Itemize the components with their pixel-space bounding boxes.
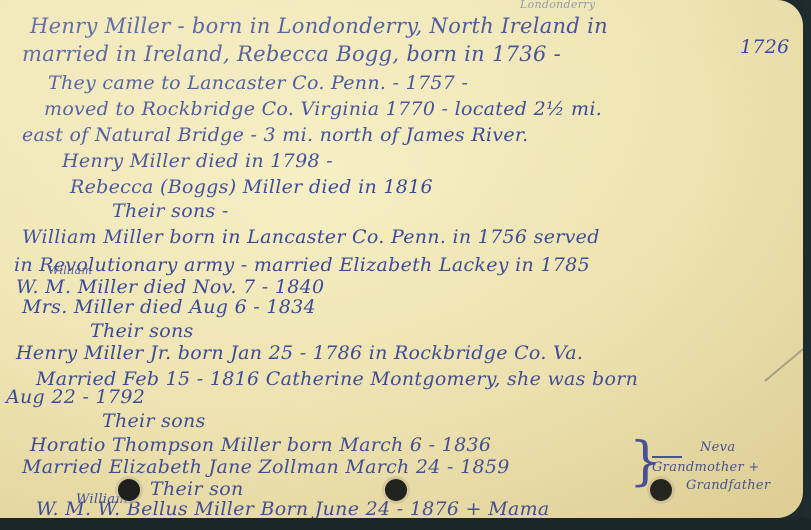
- strike-line: [652, 456, 682, 458]
- punch-hole-right: [650, 479, 672, 501]
- text-line-14: Henry Miller Jr. born Jan 25 - 1786 in R…: [16, 342, 583, 364]
- text-line-11: W. M. Miller died Nov. 7 - 1840: [16, 276, 324, 298]
- annotation-londonderry: Londonderry: [520, 0, 595, 11]
- text-line-13: Their sons: [90, 320, 194, 342]
- background-edge-right: [803, 0, 811, 530]
- text-line-16: Aug 22 - 1792: [6, 386, 145, 408]
- side-note-line-2: Grandmother +: [652, 460, 760, 475]
- punch-hole-center: [385, 479, 407, 501]
- text-line-4: moved to Rockbridge Co. Virginia 1770 - …: [44, 98, 602, 120]
- side-note-line-3: Grandfather: [686, 478, 770, 493]
- text-line-8: Their sons -: [112, 200, 229, 222]
- background-edge-bottom: [0, 518, 811, 530]
- index-card: Londonderry Henry Miller - born in Londo…: [0, 0, 803, 518]
- pencil-mark: [764, 348, 803, 382]
- text-line-year-1726: 1726: [740, 36, 790, 58]
- text-line-12: Mrs. Miller died Aug 6 - 1834: [22, 296, 316, 318]
- text-line-18: Horatio Thompson Miller born March 6 - 1…: [30, 434, 491, 456]
- text-line-5: east of Natural Bridge - 3 mi. north of …: [22, 124, 529, 146]
- punch-hole-left: [118, 479, 140, 501]
- text-line-1: Henry Miller - born in Londonderry, Nort…: [30, 14, 608, 38]
- text-line-10: in Revolutionary army - married Elizabet…: [14, 254, 590, 276]
- text-line-19: Married Elizabeth Jane Zollman March 24 …: [22, 456, 510, 478]
- text-line-2: married in Ireland, Rebecca Bogg, born i…: [22, 42, 561, 66]
- text-line-21: W. M. W. Bellus Miller Born June 24 - 18…: [36, 498, 550, 518]
- text-line-6: Henry Miller died in 1798 -: [62, 150, 333, 172]
- text-line-17: Their sons: [102, 410, 206, 432]
- side-note-line-1: Neva: [700, 440, 735, 455]
- brace-symbol: }: [629, 436, 647, 496]
- text-line-7: Rebecca (Boggs) Miller died in 1816: [70, 176, 433, 198]
- text-line-3: They came to Lancaster Co. Penn. - 1757 …: [48, 72, 468, 94]
- text-line-9: William Miller born in Lancaster Co. Pen…: [22, 226, 600, 248]
- text-line-20: Their son: [150, 478, 243, 500]
